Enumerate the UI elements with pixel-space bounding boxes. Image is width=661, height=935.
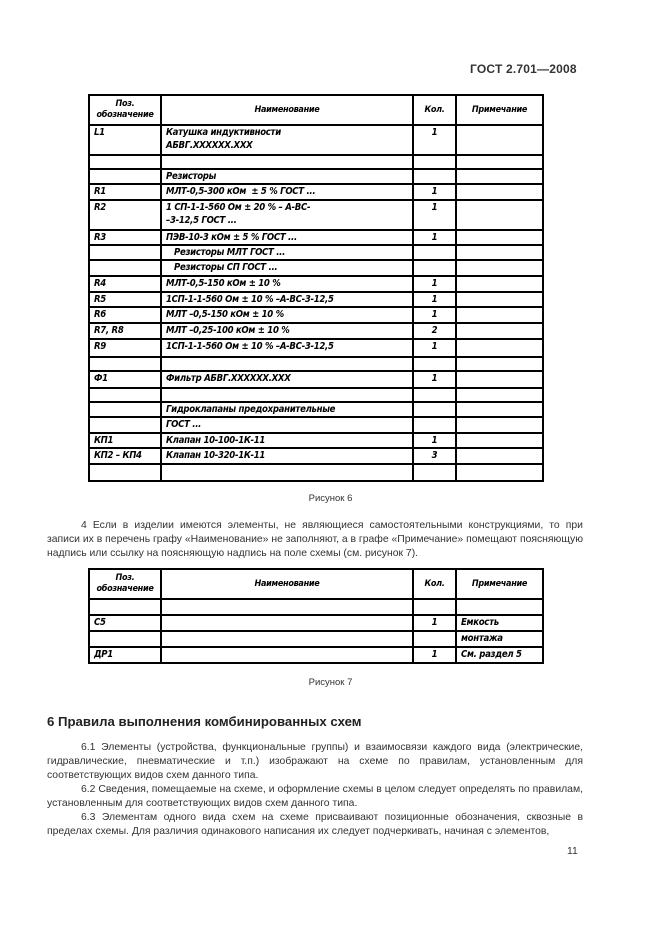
cell-name	[161, 647, 413, 663]
cell-name: ПЭВ-10-3 кОм ± 5 % ГОСТ ...	[161, 230, 413, 245]
cell-name: Клапан 10-320-1К-11	[161, 448, 413, 464]
table-row: R21 СП-1-1-560 Ом ± 20 % – А-ВС- –3-12,5…	[89, 200, 543, 230]
cell-name: ГОСТ ...	[161, 417, 413, 433]
cell-note	[456, 125, 543, 155]
table-header-row: Поз.обозначение Наименование Кол. Примеч…	[89, 95, 543, 125]
cell-qty: 1	[413, 276, 456, 292]
cell-qty: 1	[413, 307, 456, 323]
cell-position	[89, 631, 161, 647]
cell-note	[456, 599, 543, 615]
cell-name: Гидроклапаны предохранительные	[161, 402, 413, 417]
paragraph-6-2: 6.2 Сведения, помещаемые на схеме, и офо…	[47, 783, 583, 811]
cell-note	[456, 292, 543, 307]
cell-note	[456, 230, 543, 245]
cell-name: Клапан 10-100-1К-11	[161, 433, 413, 448]
cell-note	[456, 169, 543, 184]
cell-note	[456, 388, 543, 402]
cell-name	[161, 155, 413, 169]
cell-note	[456, 371, 543, 388]
cell-name	[161, 599, 413, 615]
cell-name	[161, 631, 413, 647]
cell-note: См. раздел 5	[456, 647, 543, 663]
figure7-parts-list-table: Поз.обозначение Наименование Кол. Примеч…	[88, 568, 544, 664]
cell-note	[456, 357, 543, 371]
cell-position	[89, 599, 161, 615]
cell-position: R7, R8	[89, 323, 161, 339]
cell-position: ДР1	[89, 647, 161, 663]
table-row: ДР11См. раздел 5	[89, 647, 543, 663]
cell-qty: 2	[413, 323, 456, 339]
cell-name: МЛТ-0,5-300 кОм ± 5 % ГОСТ ...	[161, 184, 413, 200]
cell-qty	[413, 417, 456, 433]
cell-position	[89, 245, 161, 260]
table-row: Гидроклапаны предохранительные	[89, 402, 543, 417]
cell-position	[89, 388, 161, 402]
cell-position: R6	[89, 307, 161, 323]
cell-qty: 1	[413, 433, 456, 448]
table-row: R6МЛТ –0,5-150 кОм ± 10 %1	[89, 307, 543, 323]
table-row: R7, R8МЛТ –0,25-100 кОм ± 10 %2	[89, 323, 543, 339]
table-row: Резисторы СП ГОСТ ...	[89, 260, 543, 276]
figure6-parts-list-table: Поз.обозначение Наименование Кол. Примеч…	[88, 94, 544, 482]
cell-position	[89, 402, 161, 417]
cell-name: МЛТ –0,25-100 кОм ± 10 %	[161, 323, 413, 339]
cell-note	[456, 417, 543, 433]
table-row: R1МЛТ-0,5-300 кОм ± 5 % ГОСТ ...1	[89, 184, 543, 200]
table-header-row: Поз.обозначение Наименование Кол. Примеч…	[89, 569, 543, 599]
cell-position: R9	[89, 339, 161, 357]
cell-qty: 1	[413, 184, 456, 200]
table-row: R4МЛТ-0,5-150 кОм ± 10 %1	[89, 276, 543, 292]
cell-note	[456, 402, 543, 417]
cell-note	[456, 245, 543, 260]
paragraph-4: 4 Если в изделии имеются элементы, не яв…	[47, 519, 583, 561]
cell-note	[456, 433, 543, 448]
cell-note	[456, 184, 543, 200]
cell-qty: 1	[413, 292, 456, 307]
table-row: Резисторы	[89, 169, 543, 184]
cell-qty: 3	[413, 448, 456, 464]
cell-name: МЛТ –0,5-150 кОм ± 10 %	[161, 307, 413, 323]
cell-position: КП1	[89, 433, 161, 448]
cell-qty: 1	[413, 230, 456, 245]
cell-qty	[413, 388, 456, 402]
cell-name	[161, 615, 413, 631]
col-header-name: Наименование	[161, 569, 413, 599]
table-row	[89, 155, 543, 169]
table-row: Резисторы МЛТ ГОСТ ...	[89, 245, 543, 260]
cell-qty	[413, 155, 456, 169]
paragraph-6-1: 6.1 Элементы (устройства, функциональные…	[47, 741, 583, 783]
table-row: R91СП-1-1-560 Ом ± 10 % –А-ВС-3-12,51	[89, 339, 543, 357]
table-row: монтажа	[89, 631, 543, 647]
cell-qty: 1	[413, 125, 456, 155]
cell-name	[161, 357, 413, 371]
table-row: КП1Клапан 10-100-1К-111	[89, 433, 543, 448]
cell-note	[456, 339, 543, 357]
col-header-note: Примечание	[456, 569, 543, 599]
table-row: КП2 – КП4Клапан 10-320-1К-113	[89, 448, 543, 464]
cell-note: Емкость	[456, 615, 543, 631]
cell-name	[161, 464, 413, 481]
cell-qty: 1	[413, 200, 456, 230]
cell-position: R1	[89, 184, 161, 200]
cell-qty	[413, 402, 456, 417]
cell-name: Резисторы МЛТ ГОСТ ...	[161, 245, 413, 260]
cell-name	[161, 388, 413, 402]
cell-qty	[413, 169, 456, 184]
table-row: R51СП-1-1-560 Ом ± 10 % –А-ВС-3-12,51	[89, 292, 543, 307]
cell-note: монтажа	[456, 631, 543, 647]
cell-qty	[413, 631, 456, 647]
table-row	[89, 599, 543, 615]
cell-position	[89, 464, 161, 481]
cell-qty: 1	[413, 371, 456, 388]
col-header-position: Поз.обозначение	[89, 569, 161, 599]
section-6-heading: 6 Правила выполнения комбинированных схе…	[47, 714, 362, 729]
cell-qty	[413, 599, 456, 615]
cell-note	[456, 260, 543, 276]
cell-position	[89, 260, 161, 276]
cell-position: R4	[89, 276, 161, 292]
col-header-position: Поз.обозначение	[89, 95, 161, 125]
cell-note	[456, 307, 543, 323]
cell-note	[456, 464, 543, 481]
cell-position: C5	[89, 615, 161, 631]
cell-name: 1СП-1-1-560 Ом ± 10 % –А-ВС-3-12,5	[161, 292, 413, 307]
cell-qty	[413, 357, 456, 371]
cell-position: Ф1	[89, 371, 161, 388]
table-row: Ф1Фильтр АБВГ.XXXXXX.XXX1	[89, 371, 543, 388]
cell-name: Катушка индуктивности АБВГ.XXXXXX.XXX	[161, 125, 413, 155]
col-header-qty: Кол.	[413, 95, 456, 125]
table-row	[89, 357, 543, 371]
table-row: ГОСТ ...	[89, 417, 543, 433]
cell-qty	[413, 245, 456, 260]
col-header-qty: Кол.	[413, 569, 456, 599]
cell-name: Резисторы СП ГОСТ ...	[161, 260, 413, 276]
figure6-caption: Рисунок 6	[0, 493, 661, 504]
cell-qty	[413, 464, 456, 481]
cell-position	[89, 417, 161, 433]
cell-position: R5	[89, 292, 161, 307]
cell-position: R2	[89, 200, 161, 230]
cell-note	[456, 276, 543, 292]
table-row	[89, 388, 543, 402]
figure7-caption: Рисунок 7	[0, 677, 661, 688]
cell-name: МЛТ-0,5-150 кОм ± 10 %	[161, 276, 413, 292]
cell-qty: 1	[413, 339, 456, 357]
cell-qty	[413, 260, 456, 276]
standard-designation: ГОСТ 2.701—2008	[470, 62, 577, 76]
table-row: L1Катушка индуктивности АБВГ.XXXXXX.XXX1	[89, 125, 543, 155]
table-row: C51Емкость	[89, 615, 543, 631]
cell-note	[456, 448, 543, 464]
cell-note	[456, 200, 543, 230]
cell-position	[89, 155, 161, 169]
cell-name: 1 СП-1-1-560 Ом ± 20 % – А-ВС- –3-12,5 Г…	[161, 200, 413, 230]
cell-name: Резисторы	[161, 169, 413, 184]
cell-position	[89, 357, 161, 371]
cell-position: R3	[89, 230, 161, 245]
cell-qty: 1	[413, 647, 456, 663]
cell-name: 1СП-1-1-560 Ом ± 10 % –А-ВС-3-12,5	[161, 339, 413, 357]
cell-name: Фильтр АБВГ.XXXXXX.XXX	[161, 371, 413, 388]
cell-position: КП2 – КП4	[89, 448, 161, 464]
paragraph-6-3: 6.3 Элементам одного вида схем на схеме …	[47, 811, 583, 839]
cell-note	[456, 155, 543, 169]
table-row: R3ПЭВ-10-3 кОм ± 5 % ГОСТ ...1	[89, 230, 543, 245]
table-row	[89, 464, 543, 481]
cell-position	[89, 169, 161, 184]
cell-note	[456, 323, 543, 339]
col-header-note: Примечание	[456, 95, 543, 125]
cell-position: L1	[89, 125, 161, 155]
cell-qty: 1	[413, 615, 456, 631]
col-header-name: Наименование	[161, 95, 413, 125]
page-number: 11	[567, 846, 578, 857]
